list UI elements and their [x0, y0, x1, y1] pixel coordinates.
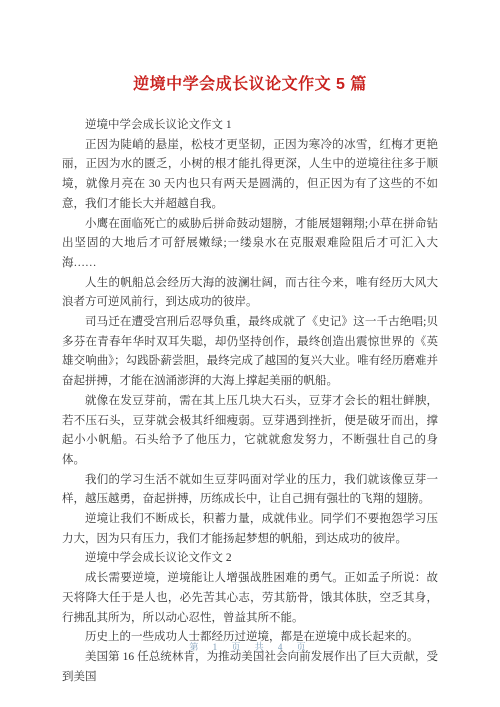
essay-2-heading: 逆境中学会成长议论文作文 2 — [62, 549, 438, 569]
document-body: 逆境中学会成长议论文作文 1 正因为陡峭的悬崖，松枝才更坚韧，正因为寒冷的冰雪，… — [62, 116, 438, 687]
essay-1-paragraph: 人生的帆船总会经历大海的波澜壮阔，而古往今来，唯有经历大风大浪者方可逆风前行，到… — [62, 274, 438, 313]
essay-1-heading: 逆境中学会成长议论文作文 1 — [62, 116, 438, 136]
essay-2-paragraph: 成长需要逆境，逆境能让人增强战胜困难的勇气。正如孟子所说：故天将降大任于是人也，… — [62, 569, 438, 628]
essay-1-paragraph: 我们的学习生活不就如生豆芽吗面对学业的压力，我们就该像豆芽一样，越压越勇，奋起拼… — [62, 471, 438, 510]
essay-1-paragraph: 逆境让我们不断成长，积蓄力量，成就伟业。同学们不要抱怨学习压力大，因为只有压力，… — [62, 510, 438, 549]
essay-1-paragraph: 就像在发豆芽前，需在其上压几块大石头，豆芽才会长的粗壮鲜腴，若不压石头，豆芽就会… — [62, 392, 438, 471]
essay-1-paragraph: 正因为陡峭的悬崖，松枝才更坚韧，正因为寒冷的冰雪，红梅才更艳丽，正因为水的匮乏，… — [62, 136, 438, 215]
essay-1-paragraph: 司马迁在遭受宫刑后忍辱负重，最终成就了《史记》这一千古绝唱;贝多芬在青春年华时双… — [62, 313, 438, 392]
document-page: 逆境中学会成长议论文作文 5 篇 逆境中学会成长议论文作文 1 正因为陡峭的悬崖… — [0, 0, 500, 707]
essay-1-paragraph: 小鹰在面临死亡的威胁后拼命鼓动翅膀，才能展翅翱翔;小草在拼命钻出坚固的大地后才可… — [62, 215, 438, 274]
document-title: 逆境中学会成长议论文作文 5 篇 — [0, 0, 500, 94]
essay-2-paragraph: 美国第 16 任总统林肯，为推动美国社会向前发展作出了巨大贡献，受到美国 — [62, 648, 438, 687]
page-number-indicator: 第 1 页 共 4 页 — [0, 640, 500, 653]
